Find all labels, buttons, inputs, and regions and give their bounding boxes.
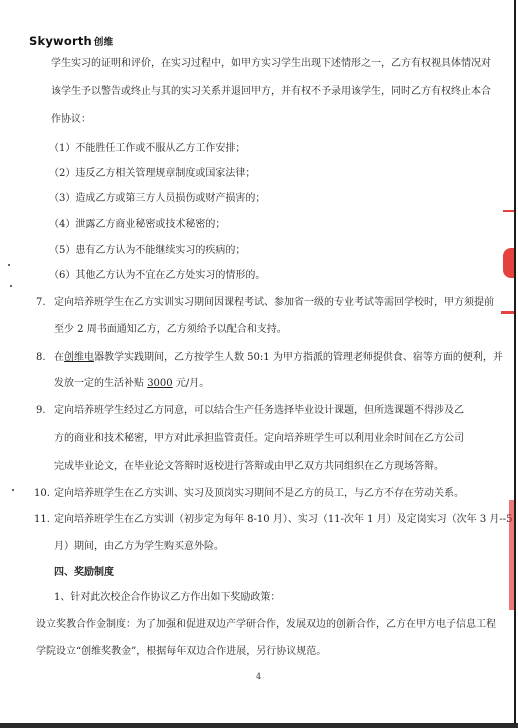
paragraph-line: 该学生予以警告或终止与其的实习关系并退回甲方，并有权不予录用该学生，同时乙方有权… <box>51 86 491 98</box>
scan-artifact <box>10 285 12 287</box>
sub-item-1: （1）不能胜任工作或不服从乙方工作安排； <box>49 143 245 155</box>
paragraph-line: 学生实习的证明和评价，在实习过程中，如甲方实习学生出现下述情形之一，乙方有权视具… <box>51 58 491 70</box>
item-number-10: 10. <box>34 488 50 500</box>
scan-artifact <box>8 264 10 266</box>
item-7-line: 至少 2 周书面通知乙方，乙方须给予以配合和支持。 <box>54 324 287 336</box>
paragraph-line: 作协议： <box>51 114 91 126</box>
scan-artifact <box>12 489 14 491</box>
sub-item-5: （5）患有乙方认为不能继续实习的疾病的； <box>49 245 245 257</box>
logo-text-en: Skyworth <box>29 34 92 48</box>
item-number-8: 8. <box>36 352 46 364</box>
item-7-line: 定向培养班学生在乙方实训实习期间因课程考试、参加省一级的专业考试等需回学校时，甲… <box>54 297 494 309</box>
subsidy-amount: 3000 <box>147 378 172 389</box>
page-right-edge <box>514 0 516 728</box>
item-number-11: 11. <box>34 514 50 526</box>
item-8-line-2: 发放一定的生活补贴 3000 元/月。 <box>54 378 209 390</box>
document-page: Skyworth创维 学生实习的证明和评价，在实习过程中，如甲方实习学生出现下述… <box>0 0 514 723</box>
item-11-line: 月）期间，由乙方为学生购买意外险。 <box>54 541 224 553</box>
skyworth-logo: Skyworth创维 <box>29 34 113 48</box>
item-9-line: 定向培养班学生经过乙方同意，可以结合生产任务选择毕业设计课题，但所选课题不得涉及… <box>54 405 464 417</box>
sub-item-4: （4）泄露乙方商业秘密或技术秘密的； <box>49 219 225 231</box>
item-number-7: 7. <box>36 297 46 309</box>
text-span: 发放一定的生活补贴 <box>54 378 147 389</box>
seal-stamp-fragment <box>503 248 514 278</box>
page-bottom-edge <box>0 723 518 728</box>
section-paragraph-line: 设立奖教合作金制度：为了加强和促进双边产学研合作，发展双边的创新合作，乙方在甲方… <box>36 619 496 631</box>
sub-item-3: （3）造成乙方或第三方人员损伤或财产损害的； <box>49 193 265 205</box>
item-11-line: 定向培养班学生在乙方实训（初步定为每年 8-10 月）、实习（11-次年 1 月… <box>54 514 513 526</box>
seal-stamp-fragment <box>501 311 514 314</box>
section-heading: 四、奖励制度 <box>54 567 114 579</box>
page-number: 4 <box>256 672 261 681</box>
logo-text-cn: 创维 <box>94 37 113 48</box>
item-number-9: 9. <box>36 405 46 417</box>
text-span: 元/月。 <box>173 378 210 389</box>
underlined-company: 创维电 <box>64 352 94 363</box>
section-paragraph-line: 学院设立“创维奖教金”，根据每年双边合作进展，另行协议规范。 <box>36 646 326 658</box>
seal-stamp-fragment <box>503 210 514 212</box>
sub-item-6: （6）其他乙方认为不宜在乙方处实习的情形的。 <box>49 270 265 282</box>
item-9-line: 方的商业和技术秘密，甲方对此承担监管责任。定向培养班学生可以利用业余时间在乙方公… <box>54 433 464 445</box>
text-span: 在 <box>54 352 64 363</box>
sub-item-2: （2）违反乙方相关管理规章制度或国家法律； <box>49 168 255 180</box>
text-span: 器教学实践期间，乙方按学生人数 50:1 为甲方指派的管理老师提供食、宿等方面的… <box>94 352 503 363</box>
section-item-1: 1、针对此次校企合作协议乙方作出如下奖励政策： <box>54 592 280 604</box>
item-9-line: 完成毕业论文，在毕业论文答辩时返校进行答辩或由甲乙双方共同组织在乙方现场答辩。 <box>54 461 444 473</box>
item-8-line-1: 在创维电器教学实践期间，乙方按学生人数 50:1 为甲方指派的管理老师提供食、宿… <box>54 352 503 364</box>
item-10-line: 定向培养班学生在乙方实训、实习及顶岗实习期间不是乙方的员工，与乙方不存在劳动关系… <box>54 488 464 500</box>
